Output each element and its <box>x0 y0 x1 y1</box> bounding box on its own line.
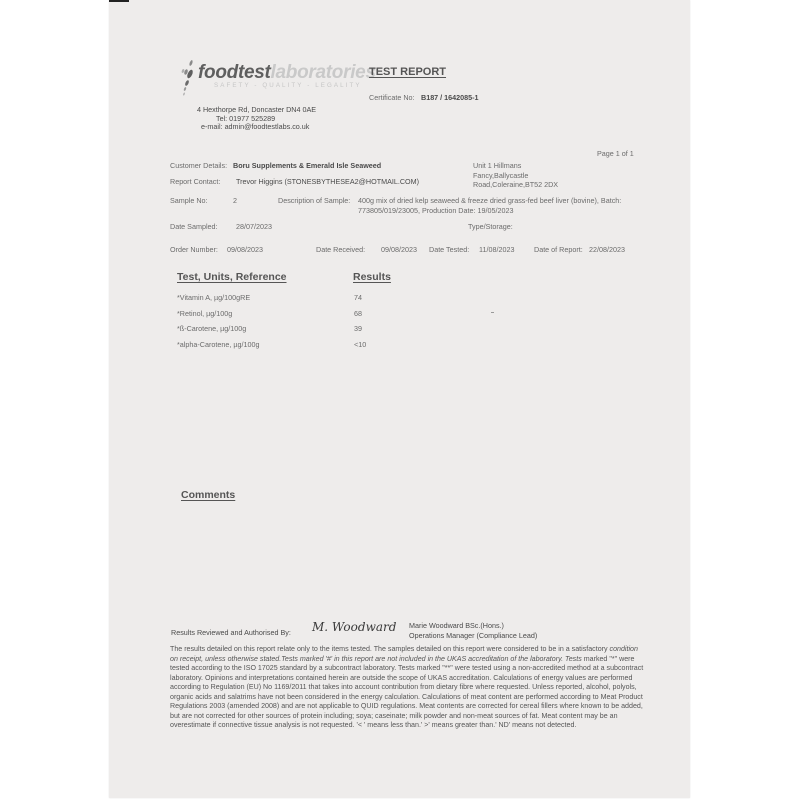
report-contact-value: Trevor Higgins (STONESBYTHESEA2@HOTMAIL.… <box>236 177 419 186</box>
date-received-value: 09/08/2023 <box>381 245 417 254</box>
certificate-number: B187 / 1642085-1 <box>421 93 479 102</box>
result-test-name: *ß-Carotene, µg/100g <box>177 324 246 333</box>
result-test-name: *alpha-Carotene, µg/100g <box>177 340 259 349</box>
lab-email: e-mail: admin@foodtestlabs.co.uk <box>201 122 309 131</box>
comments-heading: Comments <box>181 489 235 501</box>
order-number-label: Order Number: <box>170 245 218 254</box>
certificate-label: Certificate No: <box>369 93 415 102</box>
date-of-report-value: 22/08/2023 <box>589 245 625 254</box>
customer-details-value: Boru Supplements & Emerald Isle Seaweed <box>233 161 381 170</box>
authorised-by-label: Results Reviewed and Authorised By: <box>171 628 291 637</box>
authoriser-name: Marie Woodward BSc.(Hons.) <box>409 621 504 630</box>
results-col-test-header: Test, Units, Reference <box>177 271 287 283</box>
result-value: 68 <box>354 309 362 318</box>
result-test-name: *Vitamin A, µg/100gRE <box>177 293 250 302</box>
signature: M. Woodward <box>312 620 396 634</box>
brand-name-part1: foodtest <box>198 62 271 83</box>
scan-speck <box>491 312 494 313</box>
date-received-label: Date Received: <box>316 245 365 254</box>
sample-number-label: Sample No: <box>170 196 208 205</box>
customer-details-label: Customer Details: <box>170 161 227 170</box>
results-col-results-header: Results <box>353 271 391 283</box>
date-of-report-label: Date of Report: <box>534 245 583 254</box>
page-indicator: Page 1 of 1 <box>597 149 634 158</box>
disclaimer-text: The results detailed on this report rela… <box>170 645 645 731</box>
customer-address: Unit 1 Hillmans Fancy,Ballycastle Road,C… <box>473 161 573 190</box>
result-value: 74 <box>354 293 362 302</box>
lab-address: 4 Hexthorpe Rd, Doncaster DN4 0AE <box>197 105 316 114</box>
brand-tagline: SAFETY - QUALITY - LEGALITY <box>214 82 362 89</box>
sample-description-value: 400g mix of dried kelp seaweed & freeze … <box>358 196 658 215</box>
date-sampled-value: 28/07/2023 <box>236 222 272 231</box>
order-number-value: 09/08/2023 <box>227 245 263 254</box>
brand-name-part2: laboratories <box>271 62 376 83</box>
disclaimer-part2: marked "*" were tested according to the … <box>170 655 643 730</box>
result-value: 39 <box>354 324 362 333</box>
brand-logo-text: foodtestlaboratories <box>198 63 376 82</box>
sample-description-label: Description of Sample: <box>278 196 350 205</box>
date-tested-label: Date Tested: <box>429 245 469 254</box>
result-value: <10 <box>354 340 366 349</box>
report-contact-label: Report Contact: <box>170 177 220 186</box>
date-sampled-label: Date Sampled: <box>170 222 218 231</box>
sample-number-value: 2 <box>233 196 237 205</box>
type-storage-label: Type/Storage: <box>468 222 513 231</box>
authoriser-role: Operations Manager (Compliance Lead) <box>409 631 537 640</box>
disclaimer-part1: The results detailed on this report rela… <box>170 645 610 653</box>
result-test-name: *Retinol, µg/100g <box>177 309 232 318</box>
scan-edge-mark <box>109 0 129 2</box>
date-tested-value: 11/08/2023 <box>479 245 514 254</box>
report-title: TEST REPORT <box>369 66 446 78</box>
